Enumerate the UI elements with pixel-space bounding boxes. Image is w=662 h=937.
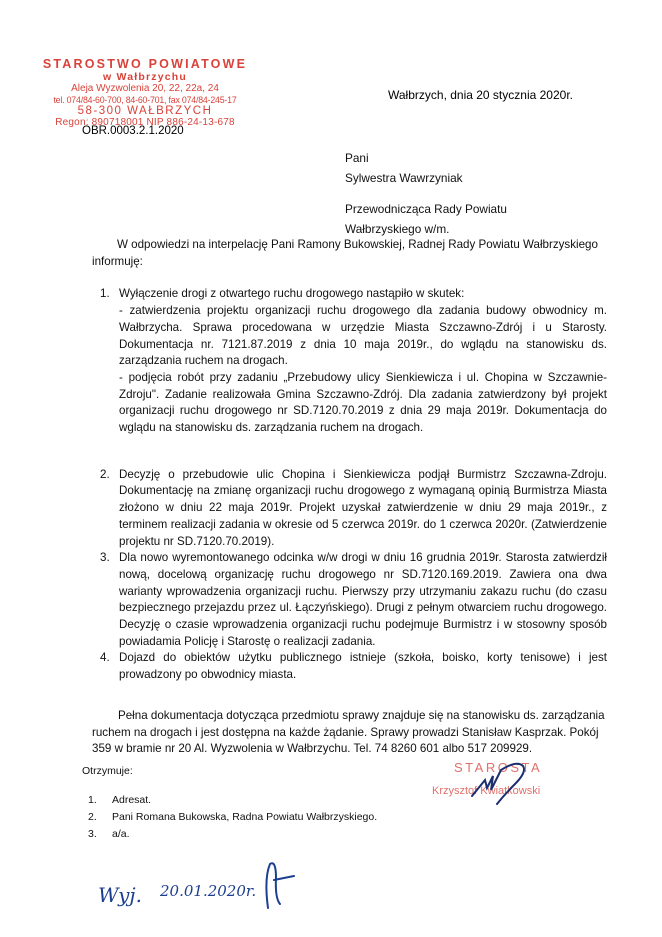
point-number: 3.	[100, 550, 110, 567]
office-stamp: STAROSTWO POWIATOWE w Wałbrzychu Aleja W…	[40, 57, 250, 128]
numbered-points: 1. Wyłączenie drogi z otwartego ruchu dr…	[92, 286, 607, 683]
addressee-salutation: Pani	[345, 148, 507, 168]
point-text: Dojazd do obiektów użytku publicznego is…	[119, 650, 607, 683]
point-number: 2.	[100, 467, 110, 484]
point-lead: Wyłączenie drogi z otwartego ruchu drogo…	[119, 286, 607, 303]
recipients-label: Otrzymuje:	[82, 763, 377, 780]
point-item: 3. Dla nowo wyremontowanego odcinka w/w …	[92, 550, 607, 650]
recipient-item: 1.Adresat.	[82, 792, 377, 809]
point-item: 2. Decyzję o przebudowie ulic Chopina i …	[92, 467, 607, 551]
svg-text:Wyj.: Wyj.	[98, 883, 142, 907]
recipients-block: Otrzymuje: 1.Adresat. 2.Pani Romana Buko…	[82, 763, 377, 843]
point-number: 1.	[100, 286, 110, 303]
date-line: Wałbrzych, dnia 20 stycznia 2020r.	[388, 88, 573, 102]
intro-paragraph: W odpowiedzi na interpelację Pani Ramony…	[92, 237, 607, 270]
point-item: 4. Dojazd do obiektów użytku publicznego…	[92, 650, 607, 683]
stamp-office-name: STAROSTWO POWIATOWE	[40, 57, 250, 71]
reference-number: OBR.0003.2.1.2020	[82, 125, 184, 137]
point-subitem: - zatwierdzenia projektu organizacji ruc…	[119, 303, 607, 370]
letter-body: W odpowiedzi na interpelację Pani Ramony…	[92, 237, 607, 758]
addressee-position: Przewodnicząca Rady Powiatu	[345, 199, 507, 219]
stamp-phone: tel. 074/84-60-700, 84-60-701, fax 074/8…	[40, 95, 250, 106]
point-number: 4.	[100, 650, 110, 667]
stamp-city: w Wałbrzychu	[40, 71, 250, 83]
signature-block: STAROSTA Krzysztof Kwiatkowski	[432, 760, 592, 797]
addressee-name: Sylwestra Wawrzyniak	[345, 168, 507, 188]
point-item: 1. Wyłączenie drogi z otwartego ruchu dr…	[92, 286, 607, 466]
addressee-position-cont: Wałbrzyskiego w/m.	[345, 219, 507, 239]
recipient-item: 2.Pani Romana Bukowska, Radna Powiatu Wa…	[82, 809, 377, 826]
handwritten-note: Wyj. 20.01.2020r.	[98, 858, 308, 923]
addressee-block: Pani Sylwestra Wawrzyniak Przewodnicząca…	[345, 148, 507, 239]
stamp-postal: 58-300 WAŁBRZYCH	[40, 105, 250, 117]
stamp-address: Aleja Wyzwolenia 20, 22, 22a, 24	[40, 83, 250, 95]
recipients-list: 1.Adresat. 2.Pani Romana Bukowska, Radna…	[82, 792, 377, 843]
closing-paragraph: Pełna dokumentacja dotycząca przedmiotu …	[92, 708, 607, 758]
point-text: Decyzję o przebudowie ulic Chopina i Sie…	[119, 467, 607, 551]
handwritten-date-icon: Wyj. 20.01.2020r.	[98, 858, 308, 918]
recipient-item: 3.a/a.	[82, 826, 377, 843]
point-text: Dla nowo wyremontowanego odcinka w/w dro…	[119, 550, 607, 650]
point-subitem: - podjęcia robót przy zadaniu „Przebudow…	[119, 370, 607, 437]
svg-text:20.01.2020r.: 20.01.2020r.	[159, 882, 256, 900]
handwritten-signature-icon	[467, 758, 547, 808]
